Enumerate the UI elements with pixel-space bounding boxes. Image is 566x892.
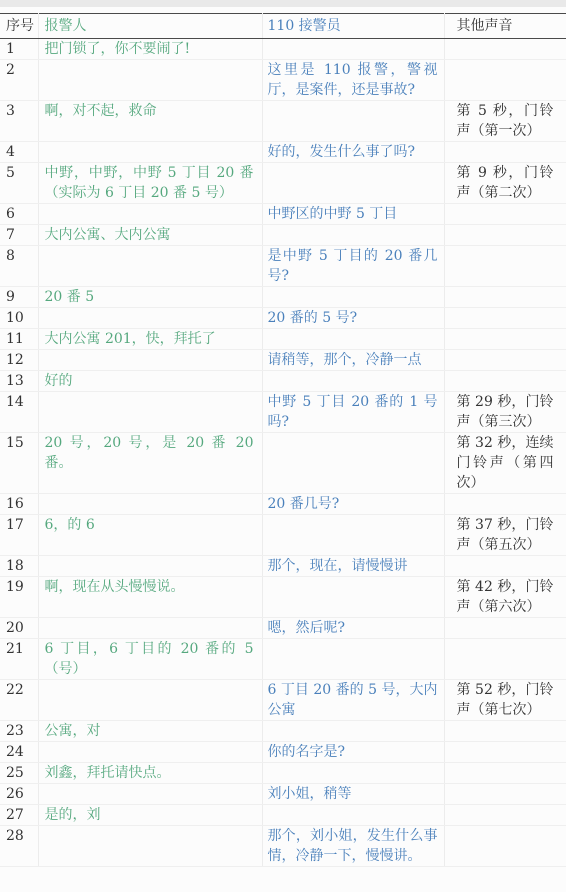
cell-caller bbox=[38, 60, 262, 101]
table-body: 1把门锁了，你不要闹了!2这里是 110 报警，警视厅，是案件，还是事故?3啊，… bbox=[0, 39, 566, 867]
table-row: 226 丁目 20 番的 5 号，大内公寓第 52 秒，门铃声（第七次） bbox=[0, 680, 566, 721]
cell-no: 2 bbox=[0, 60, 38, 101]
cell-no: 7 bbox=[0, 225, 38, 246]
cell-caller bbox=[38, 350, 262, 371]
cell-other bbox=[444, 60, 566, 101]
table-row: 1620 番几号? bbox=[0, 494, 566, 515]
cell-other bbox=[444, 826, 566, 867]
cell-caller bbox=[38, 826, 262, 867]
cell-no: 4 bbox=[0, 142, 38, 163]
cell-no: 17 bbox=[0, 515, 38, 556]
cell-no: 25 bbox=[0, 763, 38, 784]
cell-other: 第 42 秒，门铃声（第六次） bbox=[444, 577, 566, 618]
table-row: 28那个，刘小姐，发生什么事情，冷静一下，慢慢讲。 bbox=[0, 826, 566, 867]
cell-caller bbox=[38, 680, 262, 721]
table-row: 216 丁目，6 丁目的 20 番的 5（号） bbox=[0, 639, 566, 680]
cell-no: 6 bbox=[0, 204, 38, 225]
page-top-edge bbox=[0, 0, 566, 7]
cell-operator bbox=[262, 639, 444, 680]
cell-caller bbox=[38, 142, 262, 163]
cell-other bbox=[444, 805, 566, 826]
cell-caller: 6，的 6 bbox=[38, 515, 262, 556]
cell-no: 16 bbox=[0, 494, 38, 515]
cell-operator bbox=[262, 329, 444, 350]
table-row: 1020 番的 5 号? bbox=[0, 308, 566, 329]
cell-other bbox=[444, 721, 566, 742]
cell-operator: 20 番的 5 号? bbox=[262, 308, 444, 329]
cell-no: 11 bbox=[0, 329, 38, 350]
cell-operator: 20 番几号? bbox=[262, 494, 444, 515]
cell-caller: 20 番 5 bbox=[38, 287, 262, 308]
column-header-operator: 110 接警员 bbox=[262, 14, 444, 39]
cell-no: 9 bbox=[0, 287, 38, 308]
cell-operator bbox=[262, 721, 444, 742]
table-row: 12请稍等，那个，冷静一点 bbox=[0, 350, 566, 371]
table-row: 2这里是 110 报警，警视厅，是案件，还是事故? bbox=[0, 60, 566, 101]
cell-no: 26 bbox=[0, 784, 38, 805]
cell-operator bbox=[262, 433, 444, 494]
table-row: 7大内公寓、大内公寓 bbox=[0, 225, 566, 246]
cell-no: 15 bbox=[0, 433, 38, 494]
table-row: 20嗯，然后呢? bbox=[0, 618, 566, 639]
cell-other bbox=[444, 142, 566, 163]
column-header-other: 其他声音 bbox=[444, 14, 566, 39]
cell-no: 10 bbox=[0, 308, 38, 329]
cell-no: 23 bbox=[0, 721, 38, 742]
table-row: 1把门锁了，你不要闹了! bbox=[0, 39, 566, 60]
cell-caller: 大内公寓、大内公寓 bbox=[38, 225, 262, 246]
cell-caller: 公寓，对 bbox=[38, 721, 262, 742]
table-row: 14中野 5 丁目 20 番的 1 号吗?第 29 秒，门铃声（第三次） bbox=[0, 392, 566, 433]
cell-no: 8 bbox=[0, 246, 38, 287]
cell-operator: 好的，发生什么事了吗? bbox=[262, 142, 444, 163]
cell-operator: 6 丁目 20 番的 5 号，大内公寓 bbox=[262, 680, 444, 721]
cell-no: 28 bbox=[0, 826, 38, 867]
cell-other bbox=[444, 246, 566, 287]
table-row: 6中野区的中野 5 丁目 bbox=[0, 204, 566, 225]
cell-operator: 刘小姐，稍等 bbox=[262, 784, 444, 805]
cell-operator bbox=[262, 225, 444, 246]
cell-caller bbox=[38, 742, 262, 763]
cell-operator bbox=[262, 101, 444, 142]
table-row: 176，的 6第 37 秒，门铃声（第五次） bbox=[0, 515, 566, 556]
table-row: 23公寓，对 bbox=[0, 721, 566, 742]
column-header-caller: 报警人 bbox=[38, 14, 262, 39]
cell-caller bbox=[38, 204, 262, 225]
cell-other bbox=[444, 371, 566, 392]
transcript-table: 序号 报警人 110 接警员 其他声音 1把门锁了，你不要闹了!2这里是 110… bbox=[0, 13, 566, 867]
table-row: 25刘鑫，拜托请快点。 bbox=[0, 763, 566, 784]
cell-no: 22 bbox=[0, 680, 38, 721]
cell-other: 第 37 秒，门铃声（第五次） bbox=[444, 515, 566, 556]
cell-other bbox=[444, 556, 566, 577]
table-row: 11大内公寓 201，快，拜托了 bbox=[0, 329, 566, 350]
cell-caller: 20 号，20 号，是 20 番 20 番。 bbox=[38, 433, 262, 494]
cell-no: 24 bbox=[0, 742, 38, 763]
table-row: 26刘小姐，稍等 bbox=[0, 784, 566, 805]
cell-no: 21 bbox=[0, 639, 38, 680]
cell-operator: 你的名字是? bbox=[262, 742, 444, 763]
cell-other: 第 52 秒，门铃声（第七次） bbox=[444, 680, 566, 721]
cell-operator: 那个，现在，请慢慢讲 bbox=[262, 556, 444, 577]
cell-caller: 好的 bbox=[38, 371, 262, 392]
cell-operator bbox=[262, 515, 444, 556]
cell-operator: 中野 5 丁目 20 番的 1 号吗? bbox=[262, 392, 444, 433]
cell-caller bbox=[38, 308, 262, 329]
cell-other bbox=[444, 742, 566, 763]
cell-caller bbox=[38, 246, 262, 287]
table-row: 24你的名字是? bbox=[0, 742, 566, 763]
cell-operator: 请稍等，那个，冷静一点 bbox=[262, 350, 444, 371]
cell-no: 14 bbox=[0, 392, 38, 433]
cell-caller bbox=[38, 784, 262, 805]
cell-operator bbox=[262, 805, 444, 826]
cell-other: 第 32 秒，连续门铃声（第四次） bbox=[444, 433, 566, 494]
cell-no: 27 bbox=[0, 805, 38, 826]
cell-no: 5 bbox=[0, 163, 38, 204]
cell-other bbox=[444, 618, 566, 639]
table-row: 27是的，刘 bbox=[0, 805, 566, 826]
cell-other: 第 5 秒，门铃声（第一次） bbox=[444, 101, 566, 142]
cell-caller bbox=[38, 494, 262, 515]
table-row: 5中野，中野，中野 5 丁目 20 番（实际为 6 丁目 20 番 5 号）第 … bbox=[0, 163, 566, 204]
cell-no: 3 bbox=[0, 101, 38, 142]
table-row: 18那个，现在，请慢慢讲 bbox=[0, 556, 566, 577]
cell-no: 18 bbox=[0, 556, 38, 577]
table-header: 序号 报警人 110 接警员 其他声音 bbox=[0, 14, 566, 39]
cell-no: 1 bbox=[0, 39, 38, 60]
cell-operator bbox=[262, 763, 444, 784]
cell-operator: 这里是 110 报警，警视厅，是案件，还是事故? bbox=[262, 60, 444, 101]
table-row: 13好的 bbox=[0, 371, 566, 392]
cell-operator: 中野区的中野 5 丁目 bbox=[262, 204, 444, 225]
cell-other: 第 9 秒，门铃声（第二次） bbox=[444, 163, 566, 204]
cell-operator bbox=[262, 371, 444, 392]
cell-operator bbox=[262, 163, 444, 204]
cell-other bbox=[444, 308, 566, 329]
cell-caller: 啊，对不起，救命 bbox=[38, 101, 262, 142]
cell-no: 13 bbox=[0, 371, 38, 392]
cell-operator: 是中野 5 丁目的 20 番几号? bbox=[262, 246, 444, 287]
cell-caller: 刘鑫，拜托请快点。 bbox=[38, 763, 262, 784]
cell-caller bbox=[38, 556, 262, 577]
table-row: 8是中野 5 丁目的 20 番几号? bbox=[0, 246, 566, 287]
cell-other bbox=[444, 784, 566, 805]
cell-other bbox=[444, 639, 566, 680]
cell-operator: 那个，刘小姐，发生什么事情，冷静一下，慢慢讲。 bbox=[262, 826, 444, 867]
cell-other bbox=[444, 329, 566, 350]
cell-other bbox=[444, 225, 566, 246]
cell-no: 20 bbox=[0, 618, 38, 639]
cell-other bbox=[444, 39, 566, 60]
cell-operator bbox=[262, 577, 444, 618]
cell-caller bbox=[38, 618, 262, 639]
table-row: 920 番 5 bbox=[0, 287, 566, 308]
cell-other bbox=[444, 350, 566, 371]
cell-other bbox=[444, 763, 566, 784]
cell-caller: 大内公寓 201，快，拜托了 bbox=[38, 329, 262, 350]
table-row: 19啊，现在从头慢慢说。第 42 秒，门铃声（第六次） bbox=[0, 577, 566, 618]
table-row: 1520 号，20 号，是 20 番 20 番。第 32 秒，连续门铃声（第四次… bbox=[0, 433, 566, 494]
cell-caller: 是的，刘 bbox=[38, 805, 262, 826]
cell-other: 第 29 秒，门铃声（第三次） bbox=[444, 392, 566, 433]
cell-other bbox=[444, 204, 566, 225]
cell-other bbox=[444, 287, 566, 308]
document-page: 序号 报警人 110 接警员 其他声音 1把门锁了，你不要闹了!2这里是 110… bbox=[0, 0, 566, 892]
cell-caller: 中野，中野，中野 5 丁目 20 番（实际为 6 丁目 20 番 5 号） bbox=[38, 163, 262, 204]
cell-operator: 嗯，然后呢? bbox=[262, 618, 444, 639]
table-row: 4好的，发生什么事了吗? bbox=[0, 142, 566, 163]
cell-operator bbox=[262, 39, 444, 60]
header-row: 序号 报警人 110 接警员 其他声音 bbox=[0, 14, 566, 39]
cell-caller: 6 丁目，6 丁目的 20 番的 5（号） bbox=[38, 639, 262, 680]
cell-caller: 把门锁了，你不要闹了! bbox=[38, 39, 262, 60]
cell-operator bbox=[262, 287, 444, 308]
column-header-no: 序号 bbox=[0, 14, 38, 39]
cell-other bbox=[444, 494, 566, 515]
cell-no: 19 bbox=[0, 577, 38, 618]
table-row: 3啊，对不起，救命第 5 秒，门铃声（第一次） bbox=[0, 101, 566, 142]
cell-no: 12 bbox=[0, 350, 38, 371]
cell-caller bbox=[38, 392, 262, 433]
cell-caller: 啊，现在从头慢慢说。 bbox=[38, 577, 262, 618]
